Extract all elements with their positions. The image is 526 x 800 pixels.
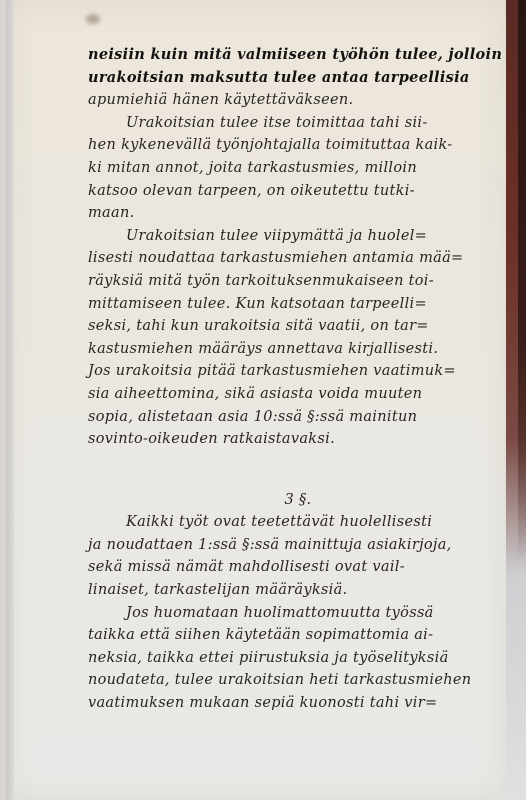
text-line: sia aiheettomina, sikä asiasta voida muu… [88, 383, 508, 406]
binding-shadow [518, 0, 526, 560]
text-line: Urakoitsian tulee viipymättä ja huolel= [88, 225, 508, 248]
section-gap [88, 451, 508, 489]
text-line: katsoo olevan tarpeen, on oikeutettu tut… [88, 180, 508, 203]
text-line: ja noudattaen 1:ssä §:ssä mainittuja asi… [88, 534, 508, 557]
text-line: Urakoitsian tulee itse toimittaa tahi si… [88, 112, 508, 135]
text-line: vaatimuksen mukaan sepiä kuonosti tahi v… [88, 692, 508, 715]
text-line: seksi, tahi kun urakoitsia sitä vaatii, … [88, 315, 508, 338]
document-page: neisiin kuin mitä valmiiseen työhön tule… [6, 0, 506, 800]
ink-smudge [86, 14, 100, 24]
text-line: taikka että siihen käytetään sopimattomi… [88, 624, 508, 647]
text-line: ki mitan annot, joita tarkastusmies, mil… [88, 157, 508, 180]
handwritten-text: neisiin kuin mitä valmiiseen työhön tule… [88, 44, 508, 715]
section-heading: 3 §. [88, 489, 508, 512]
text-line: Jos urakoitsia pitää tarkastusmiehen vaa… [88, 360, 508, 383]
page-left-edge [6, 0, 14, 800]
text-line: maan. [88, 202, 508, 225]
text-line: linaiset, tarkastelijan määräyksiä. [88, 579, 508, 602]
text-line: räyksiä mitä työn tarkoituksenmukaiseen … [88, 270, 508, 293]
text-line: noudateta, tulee urakoitsian heti tarkas… [88, 669, 508, 692]
text-line: neisiin kuin mitä valmiiseen työhön tule… [88, 44, 508, 67]
text-line: sovinto-oikeuden ratkaistavaksi. [88, 428, 508, 451]
text-line: Jos huomataan huolimattomuutta työssä [88, 602, 508, 625]
text-line: kastusmiehen määräys annettava kirjallis… [88, 338, 508, 361]
text-line: Kaikki työt ovat teetettävät huolellises… [88, 511, 508, 534]
text-line: lisesti noudattaa tarkastusmiehen antami… [88, 247, 508, 270]
text-line: mittamiseen tulee. Kun katsotaan tarpeel… [88, 293, 508, 316]
text-line: apumiehiä hänen käytettäväkseen. [88, 89, 508, 112]
text-line: urakoitsian maksutta tulee antaa tarpeel… [88, 67, 508, 90]
text-line: sopia, alistetaan asia 10:ssä §:ssä main… [88, 406, 508, 429]
text-line: sekä missä nämät mahdollisesti ovat vail… [88, 556, 508, 579]
text-line: neksia, taikka ettei piirustuksia ja työ… [88, 647, 508, 670]
text-line: hen kykenevällä työnjohtajalla toimitutt… [88, 134, 508, 157]
